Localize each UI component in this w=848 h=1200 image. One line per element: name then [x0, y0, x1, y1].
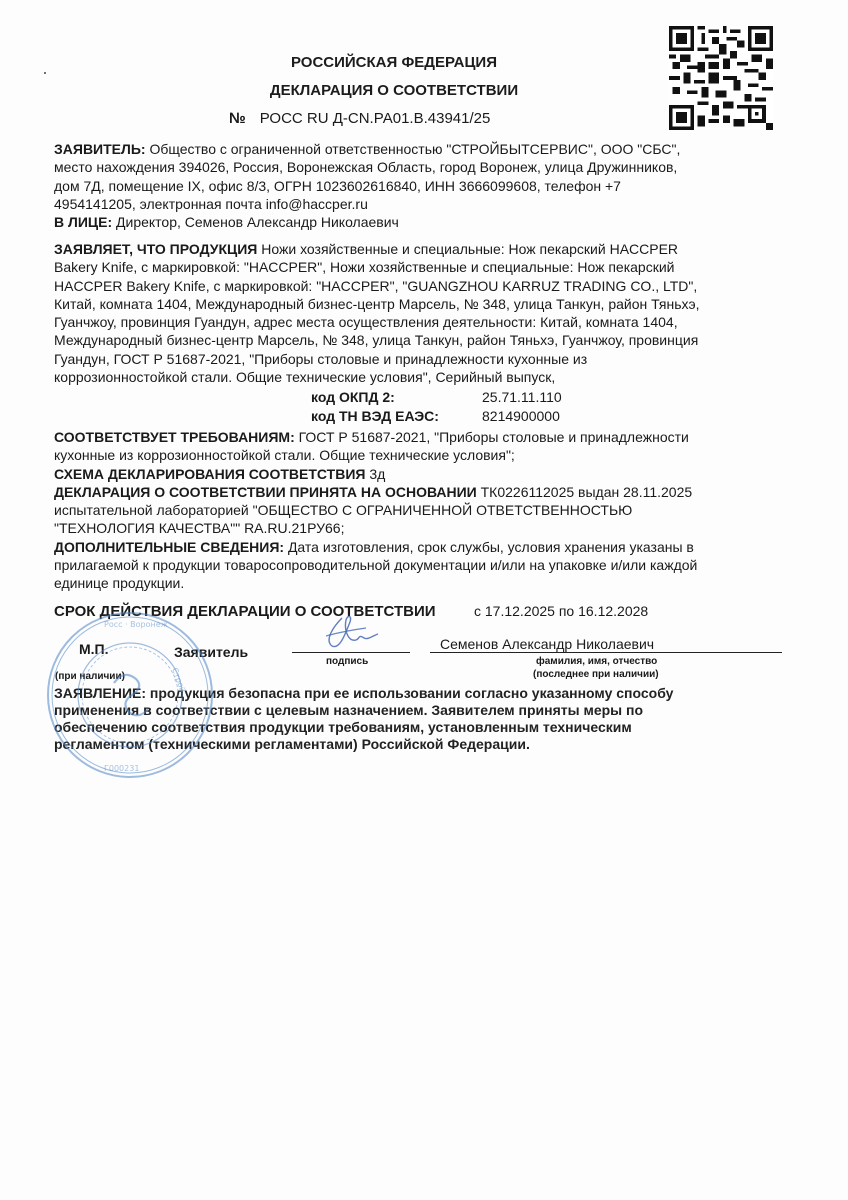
product-line: Ножи хозяйственные и специальные: Нож пе…: [257, 241, 678, 257]
validity-value: с 17.12.2025 по 16.12.2028: [474, 603, 648, 619]
product-line: Гуанчжоу, провинция Гуандун, адрес места…: [54, 313, 794, 331]
okpd-label: код ОКПД 2:: [311, 389, 395, 405]
basis-line: "ТЕХНОЛОГИЯ КАЧЕСТВА"" RA.RU.21РУ66;: [54, 519, 794, 537]
statement-line: регламентом (техническими регламентами) …: [54, 736, 794, 753]
applicant-contact: 4954141205, электронная почта info@haccp…: [54, 196, 368, 212]
additional-label: ДОПОЛНИТЕЛЬНЫЕ СВЕДЕНИЯ:: [54, 539, 284, 555]
applicant-section: ЗАЯВИТЕЛЬ: Общество с ограниченной ответ…: [54, 140, 794, 231]
seal-note: (при наличии): [55, 671, 125, 682]
scheme-label: СХЕМА ДЕКЛАРИРОВАНИЯ СООТВЕТСТВИЯ: [54, 466, 365, 482]
scan-speck: [44, 72, 46, 74]
requirements-section: СООТВЕТСТВУЕТ ТРЕБОВАНИЯМ: ГОСТ Р 51687-…: [54, 428, 794, 593]
applicant-line: место нахождения 394026, Россия, Воронеж…: [54, 158, 794, 176]
signer-name: Семенов Александр Николаевич: [440, 636, 654, 652]
applicant-line: дом 7Д, помещение IX, офис 8/3, ОГРН 102…: [54, 177, 794, 195]
validity-label: СРОК ДЕЙСТВИЯ ДЕКЛАРАЦИИ О СООТВЕТСТВИИ: [54, 603, 436, 620]
product-line: Международный бизнес-центр Марсель, № 34…: [54, 331, 794, 349]
name-caption: фамилия, имя, отчество: [536, 656, 657, 667]
requirements-label: СООТВЕТСТВУЕТ ТРЕБОВАНИЯМ:: [54, 429, 295, 445]
svg-text:Г000231: Г000231: [104, 764, 139, 773]
product-line: коррозионностойкой стали. Общие техничес…: [54, 368, 794, 386]
number-value: РОСС RU Д-CN.РА01.В.43941/25: [260, 110, 491, 127]
seal-place-label: М.П.: [79, 641, 109, 657]
applicant-label: ЗАЯВИТЕЛЬ:: [54, 141, 146, 157]
person-label: В ЛИЦЕ:: [54, 214, 112, 230]
statement-line: применения в соответствии с целевым назн…: [54, 702, 794, 719]
applicant-sign-label: Заявитель: [174, 644, 248, 660]
statement-line: ЗАЯВЛЕНИЕ: продукция безопасна при ее ис…: [54, 685, 794, 702]
product-line: Bakery Knife, с маркировкой: "HACCPER", …: [54, 258, 794, 276]
product-line: Гуандун, ГОСТ Р 51687-2021, "Приборы сто…: [54, 350, 794, 368]
product-line: Китай, комната 1404, Международный бизне…: [54, 295, 794, 313]
tnved-value: 8214900000: [482, 408, 560, 424]
tnved-label: код ТН ВЭД ЕАЭС:: [311, 408, 439, 424]
person-value: Директор, Семенов Александр Николаевич: [112, 214, 399, 230]
okpd-value: 25.71.11.110: [482, 389, 562, 405]
additional-line: единице продукции.: [54, 574, 794, 592]
product-section: ЗАЯВЛЯЕТ, ЧТО ПРОДУКЦИЯ Ножи хозяйственн…: [54, 240, 794, 386]
name-caption-note: (последнее при наличии): [533, 669, 659, 680]
additional-line: прилагаемой к продукции товаросопроводит…: [54, 556, 794, 574]
basis-line: ТК0226112025 выдан 28.11.2025: [477, 484, 692, 500]
signature-caption: подпись: [326, 656, 368, 667]
signature-line: [292, 652, 410, 653]
applicant-line: 4954141205, электронная почта info@haccp…: [54, 195, 794, 213]
number-sign: №: [229, 110, 246, 127]
qr-code-icon[interactable]: [669, 26, 773, 130]
statement-section: ЗАЯВЛЕНИЕ: продукция безопасна при ее ис…: [54, 685, 794, 753]
statement-line: обеспечению соответствия продукции требо…: [54, 719, 794, 736]
applicant-line: Общество с ограниченной ответственностью…: [146, 141, 681, 157]
svg-text:Росс · Воронеж: Росс · Воронеж: [104, 620, 168, 629]
requirements-line: ГОСТ Р 51687-2021, "Приборы столовые и п…: [295, 429, 689, 445]
additional-line: Дата изготовления, срок службы, условия …: [284, 539, 694, 555]
document-number: №РОСС RU Д-CN.РА01.В.43941/25: [229, 110, 490, 127]
basis-line: испытательной лабораторией "ОБЩЕСТВО С О…: [54, 501, 794, 519]
product-line: HACCPER Bakery Knife, с маркировкой: "HA…: [54, 277, 794, 295]
product-label: ЗАЯВЛЯЕТ, ЧТО ПРОДУКЦИЯ: [54, 241, 257, 257]
basis-label: ДЕКЛАРАЦИЯ О СООТВЕТСТВИИ ПРИНЯТА НА ОСН…: [54, 484, 477, 500]
requirements-line: кухонные из коррозионностойкой стали. Об…: [54, 446, 794, 464]
scheme-value: 3д: [365, 466, 385, 482]
declaration-page: РОССИЙСКАЯ ФЕДЕРАЦИЯ ДЕКЛАРАЦИЯ О СООТВЕ…: [0, 0, 848, 1200]
name-line: [430, 652, 782, 653]
